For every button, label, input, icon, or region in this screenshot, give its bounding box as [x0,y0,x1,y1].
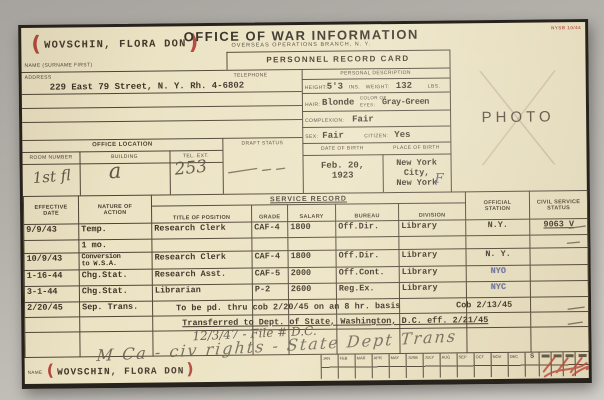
service-cell [530,281,588,298]
rule [226,52,227,70]
month-cell: JULY [423,354,440,378]
rule [22,105,302,109]
service-cell [25,332,80,358]
place-of-birth-label: PLACE OF BIRTH [382,144,450,151]
service-cell: NYC [466,281,530,298]
address-value: 229 East 79 Street, N. Y. Rh. 4-6802 [50,81,245,93]
col-bureau: BUREAU [336,204,399,222]
service-cell: Temp. [79,223,152,240]
red-paren-right-icon: ) [186,361,194,377]
service-record-title-text: SERVICE RECORD [270,195,347,203]
telephone-label: TELEPHONE [234,72,268,78]
service-cell: CAF-5 [252,268,288,284]
footer-name-label: NAME [28,370,43,375]
draft-status-label: DRAFT STATUS [222,140,302,147]
month-cell: OCT [474,353,491,377]
rule [302,77,450,80]
col-division: DIVISION [399,203,466,221]
month-cell: AUG [440,353,457,377]
rule [302,125,450,128]
service-cell: 9/9/43 [24,224,79,241]
month-cell: MAY [389,354,406,378]
service-cell: Library [399,249,466,267]
rule [302,153,450,156]
service-cell [530,248,588,266]
citizen-label: CITIZEN: [364,133,388,139]
service-cell: Off.Dir. [336,221,399,238]
office-location-header: OFFICE LOCATION [22,141,222,149]
service-cell: 10/9/43 [24,253,79,271]
service-cell [24,240,79,254]
service-cell: 1800 [288,250,336,268]
service-cell: 2/20/45 [25,302,80,318]
col-title-of-position: TITLE OF POSITION [152,205,252,223]
service-cell: Research Clerk [152,251,252,269]
service-cell [531,297,589,313]
service-cell [152,238,252,252]
service-cell: N. Y. [466,248,530,266]
month-cell: NOV [491,353,508,377]
service-cell: 3-1-44 [24,286,79,303]
service-cell [466,235,530,249]
service-cell [530,265,588,282]
service-cell [530,235,588,249]
service-cell: Research Clerk [152,222,252,239]
height-value: 5'3 [327,82,343,92]
s-cell: S [525,353,539,377]
lbs-label: LBS. [428,84,441,90]
col-official-station: OFFICIAL STATION [465,191,529,220]
room-number-label: ROOM NUMBER [22,154,79,161]
card-title: PERSONNEL RECORD CARD [226,53,449,64]
col-grade: GRADE [252,205,288,222]
service-cell: Research Asst. [152,268,252,285]
service-cell: Off.Cont. [336,267,399,284]
hair-label: HAIR: [305,102,320,108]
address-label: ADDRESS [25,75,52,81]
service-cell: NYO [466,265,530,282]
service-cell: Off.Dir. [336,250,399,268]
service-cell [288,237,336,251]
weight-value: 132 [396,81,412,91]
service-cell: Library [399,266,466,283]
col-nature-of-action: NATURE OF ACTION [78,195,151,224]
service-cell: Sep. Trans. [80,301,153,317]
red-paren-left-icon: ( [31,34,42,55]
service-cell: Library [399,220,466,237]
rule [302,109,450,112]
service-cell: CAF-4 [252,251,288,268]
building-label: BUILDING [79,153,169,160]
footer-name-stamp-text: WOVSCHIN, FLORA DON [57,365,184,377]
service-cell: Chg.Stat. [79,269,152,286]
rule [302,141,450,144]
footer-mini-cell [575,352,589,376]
hair-value: Blonde [322,97,355,107]
form-code: NYSB 10/44 [513,25,581,31]
month-cell: FEB [338,354,355,378]
service-cell: Librarian [152,284,252,301]
month-cell: MAR [355,354,372,378]
weight-label: WEIGHT: [366,84,390,90]
service-cell: 1-16-44 [24,270,79,287]
footer-mini-cell [551,352,563,376]
service-cell: 2000 [288,267,336,284]
red-paren-left-icon: ( [47,363,55,379]
service-cell [252,238,288,251]
ins-label: INS. [349,84,360,90]
tel-ext-handwritten: 253 [174,157,208,180]
service-cell: Chg.Stat. [79,285,152,302]
col-salary: SALARY [288,204,336,222]
complexion-label: COMPLEXION: [305,118,344,124]
footer-mini-cell [539,352,551,376]
rule [226,49,449,52]
service-cell: 1 mo. [79,239,152,253]
footer-mini-cell [563,352,575,376]
service-cell [80,316,153,332]
service-cell: CAF-4 [252,222,288,238]
sex-label: SEX: [305,134,318,140]
service-cell: 2600 [288,283,336,300]
service-cell [399,236,466,250]
name-field-label: NAME (SURNAME FIRST) [25,62,93,69]
date-of-birth-label: DATE OF BIRTH [302,145,382,152]
personal-description-header: PERSONAL DESCRIPTION [302,69,450,77]
service-cell: 9063 V [530,219,588,236]
service-cell [531,312,589,328]
col-effective-date: EFFECTIVE DATE [23,196,78,225]
height-label: HEIGHT: [305,85,328,91]
service-cell [467,327,531,353]
service-cell: N.Y. [466,219,530,236]
date-of-birth-value: Feb. 20, 1923 [303,160,383,181]
service-cell [25,317,80,333]
rule [22,119,302,123]
eyes-value: Gray-Green [382,97,429,107]
service-cell [336,237,399,251]
footer-strip: NAME ( WOVSCHIN, FLORA DON ) JANFEBMARAP… [25,352,589,384]
rule [302,91,450,94]
pob-handwritten-mark: F [435,172,444,187]
service-cell: Reg.Ex. [336,283,399,300]
footer-name-stamp: ( WOVSCHIN, FLORA DON ) [47,362,195,380]
complexion-value: Fair [352,114,374,124]
room-number-handwritten: 1st fl [32,166,71,187]
personnel-record-card: ( WOVSCHIN, FLORA DON ) NAME (SURNAME FI… [18,19,592,389]
month-cell: SEP [457,353,474,377]
month-cell: JAN [321,355,338,379]
service-cell [531,327,589,353]
note-cob-date: Cob 2/13/45 [456,300,512,311]
service-cell: Conversion to W.S.A. [79,252,152,270]
eyes-label: EYES: [360,102,375,107]
month-cell: APR [372,354,389,378]
citizen-value: Yes [394,130,410,140]
service-cell: P-2 [252,284,288,300]
photo-placeholder-label: PHOTO [450,108,586,126]
col-civil-service-status: CIVIL SERVICE STATUS [529,191,587,220]
month-cell: JUNE [406,354,423,378]
month-cell: DEC [508,353,525,377]
sex-value: Fair [322,131,344,141]
service-cell: 1800 [288,221,336,238]
building-handwritten: a [108,159,122,184]
month-boxes: JANFEBMARAPRMAYJUNEJULYAUGSEPOCTNOVDECS [321,352,589,379]
service-cell: Library [399,282,466,299]
